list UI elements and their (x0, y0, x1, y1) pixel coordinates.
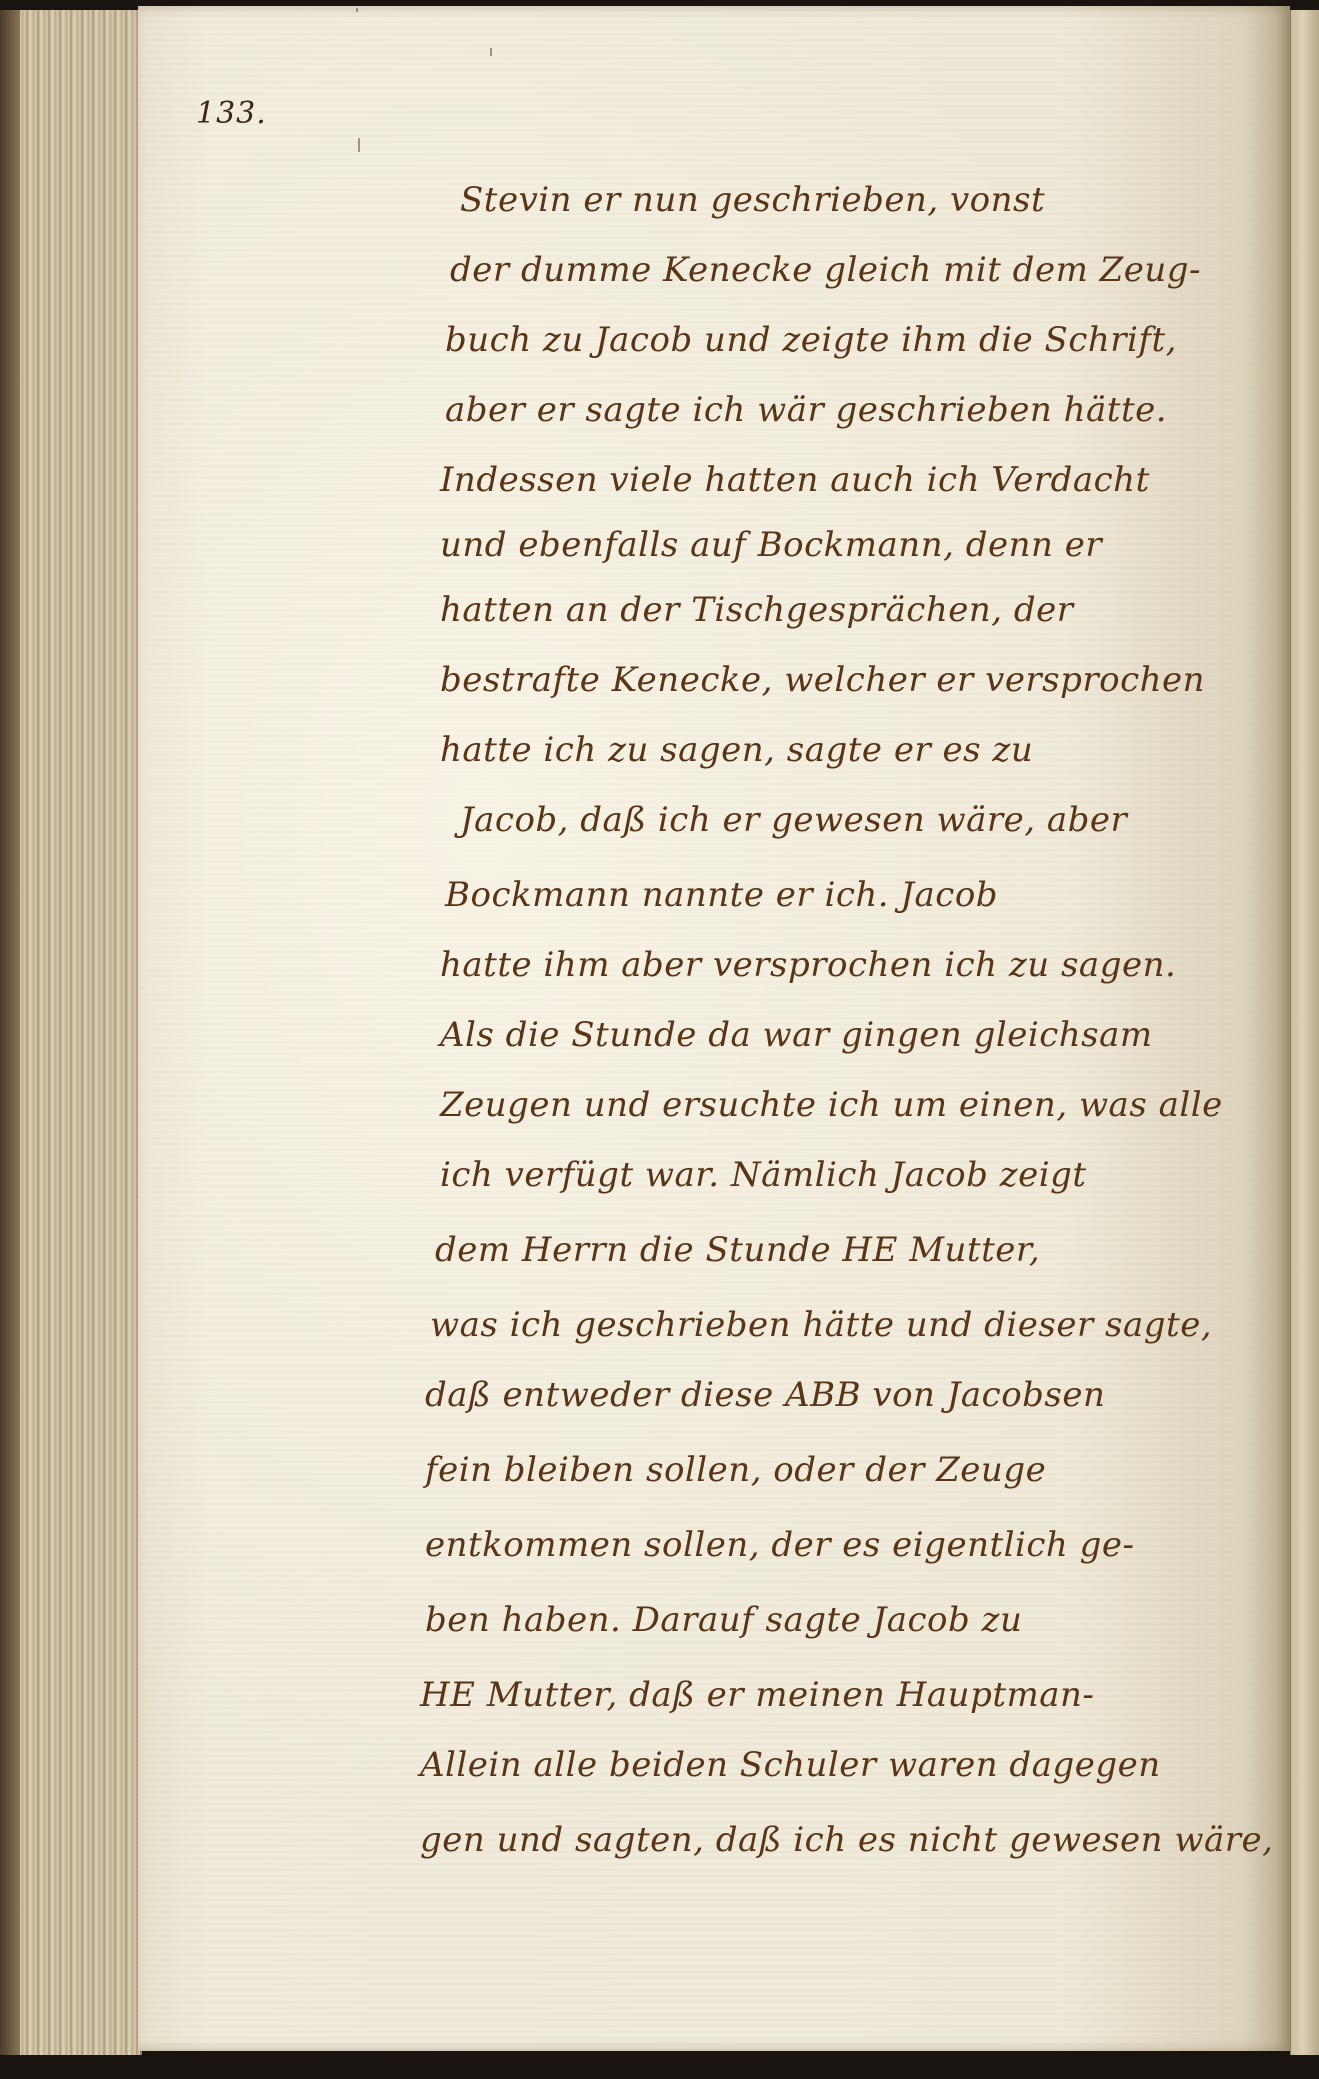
text-line: hatte ihm aber versprochen ich zu sagen. (440, 945, 1176, 985)
text-line: Indessen viele hatten auch ich Verdacht (440, 460, 1150, 500)
text-line: Jacob, daß ich er gewesen wäre, aber (460, 800, 1127, 840)
text-line: daß entweder diese ABB von Jacobsen (425, 1375, 1105, 1415)
text-line: hatte ich zu sagen, sagte er es zu (440, 730, 1033, 770)
book-scan: 133. Stevin er nun geschrieben, vonst de… (0, 0, 1319, 2055)
text-line: entkommen sollen, der es eigentlich ge- (425, 1525, 1135, 1565)
text-line: Stevin er nun geschrieben, vonst (460, 180, 1045, 220)
text-line: HE Mutter, daß er meinen Hauptman- (420, 1675, 1094, 1715)
text-line: Zeugen und ersuchte ich um einen, was al… (440, 1085, 1223, 1125)
text-line: und ebenfalls auf Bockmann, denn er (440, 525, 1102, 565)
text-line: Bockmann nannte er ich. Jacob (445, 875, 998, 915)
text-line: buch zu Jacob und zeigte ihm die Schrift… (445, 320, 1177, 360)
ink-speck (490, 48, 492, 56)
text-line: Allein alle beiden Schuler waren dagegen (420, 1745, 1161, 1785)
text-line: gen und sagten, daß ich es nicht gewesen… (420, 1820, 1273, 1860)
text-line: fein bleiben sollen, oder der Zeuge (425, 1450, 1046, 1490)
text-line: hatten an der Tischgesprächen, der (440, 590, 1074, 630)
text-line: bestrafte Kenecke, welcher er versproche… (440, 660, 1205, 700)
text-line: Als die Stunde da war gingen gleichsam (440, 1015, 1153, 1055)
page-number: 133. (196, 96, 267, 131)
page-edge-right (1290, 10, 1319, 2055)
text-line: aber er sagte ich wär geschrieben hätte. (445, 390, 1167, 430)
text-line: der dumme Kenecke gleich mit dem Zeug- (450, 250, 1201, 290)
text-line: was ich geschrieben hätte und dieser sag… (430, 1305, 1212, 1345)
text-line: ich verfügt war. Nämlich Jacob zeigt (440, 1155, 1087, 1195)
text-line: ben haben. Darauf sagte Jacob zu (425, 1600, 1022, 1640)
text-line: dem Herrn die Stunde HE Mutter, (435, 1230, 1040, 1270)
ink-speck (356, 8, 358, 12)
page-edges-left (0, 10, 142, 2055)
ink-speck (358, 138, 360, 152)
